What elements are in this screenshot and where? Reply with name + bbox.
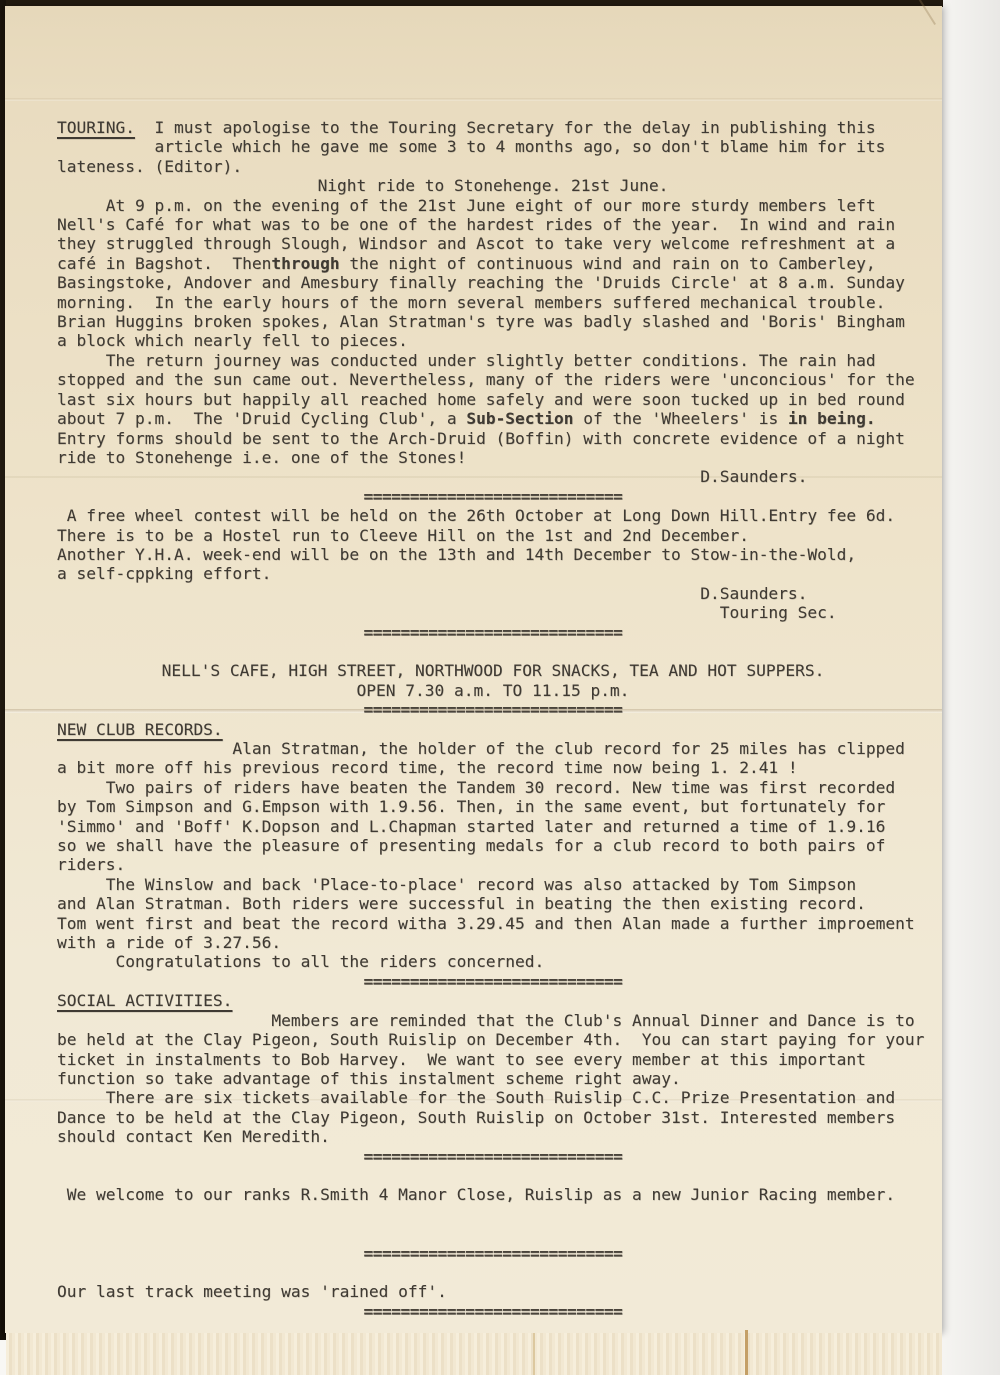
section-heading-touring: TOURING. I must apologise to the Touring… bbox=[57, 118, 929, 137]
separator-line: ============================ bbox=[57, 1147, 929, 1166]
scanned-newsletter-page: TOURING. I must apologise to the Touring… bbox=[0, 0, 1000, 1375]
text-line: last six hours but happily all reached h… bbox=[57, 390, 929, 409]
text-line: Another Y.H.A. week-end will be on the 1… bbox=[57, 545, 929, 564]
text-line: Members are reminded that the Club's Ann… bbox=[57, 1011, 929, 1030]
separator-line: ============================ bbox=[57, 487, 929, 506]
blank-line bbox=[57, 1224, 929, 1243]
text-line: they struggled through Slough, Windsor a… bbox=[57, 234, 929, 253]
text-line: lateness. (Editor). bbox=[57, 157, 929, 176]
text-line: by Tom Simpson and G.Empson with 1.9.56.… bbox=[57, 797, 929, 816]
text-line: article which he gave me some 3 to 4 mon… bbox=[57, 137, 929, 156]
section-heading-new-club-records: NEW CLUB RECORDS. bbox=[57, 720, 929, 739]
text-line: a bit more off his previous record time,… bbox=[57, 758, 929, 777]
text-line: The Winslow and back 'Place-to-place' re… bbox=[57, 875, 929, 894]
signature-role: Touring Sec. bbox=[57, 603, 929, 622]
paper-bottom-edge bbox=[6, 1333, 942, 1375]
signature: D.Saunders. bbox=[57, 467, 929, 486]
text-line: Nell's Café for what was to be one of th… bbox=[57, 215, 929, 234]
advert-nells-cafe: NELL'S CAFE, HIGH STREET, NORTHWOOD FOR … bbox=[57, 661, 929, 680]
section-heading-social-activities: SOCIAL ACTIVITIES. bbox=[57, 991, 929, 1010]
blank-line bbox=[57, 1205, 929, 1224]
text-line: should contact Ken Meredith. bbox=[57, 1127, 929, 1146]
text-line: There are six tickets available for the … bbox=[57, 1088, 929, 1107]
text-line: café in Bagshot. Thenthrough the night o… bbox=[57, 254, 929, 273]
text-line: ride to Stonehenge i.e. one of the Stone… bbox=[57, 448, 929, 467]
signature: D.Saunders. bbox=[57, 584, 929, 603]
separator-line: ============================ bbox=[57, 972, 929, 991]
separator-line: ============================ bbox=[57, 1302, 929, 1321]
blank-line bbox=[57, 1166, 929, 1185]
text-line: Tom went first and beat the record witha… bbox=[57, 914, 929, 933]
text-line: be held at the Clay Pigeon, South Ruisli… bbox=[57, 1030, 929, 1049]
separator-line: ============================ bbox=[57, 1244, 929, 1263]
text-line: Two pairs of riders have beaten the Tand… bbox=[57, 778, 929, 797]
text-line: Dance to be held at the Clay Pigeon, Sou… bbox=[57, 1108, 929, 1127]
subheading-night-ride: Night ride to Stonehenge. 21st June. bbox=[57, 176, 929, 195]
text-line: a block which nearly fell to pieces. bbox=[57, 331, 929, 350]
text-line: ticket in instalments to Bob Harvey. We … bbox=[57, 1050, 929, 1069]
text-line: about 7 p.m. The 'Druid Cycling Club', a… bbox=[57, 409, 929, 428]
text-line: 'Simmo' and 'Boff' K.Dopson and L.Chapma… bbox=[57, 817, 929, 836]
text-line: There is to be a Hostel run to Cleeve Hi… bbox=[57, 526, 929, 545]
paper-sheet: TOURING. I must apologise to the Touring… bbox=[5, 6, 942, 1333]
paper-fiber-line bbox=[745, 1330, 748, 1375]
advert-hours: OPEN 7.30 a.m. TO 11.15 p.m. bbox=[57, 681, 929, 700]
document-lines: TOURING. I must apologise to the Touring… bbox=[57, 118, 929, 1321]
separator-line: ============================ bbox=[57, 700, 929, 719]
text-line: so we shall have the pleasure of present… bbox=[57, 836, 929, 855]
text-line: with a ride of 3.27.56. bbox=[57, 933, 929, 952]
text-line: a self-cppking effort. bbox=[57, 564, 929, 583]
paper-fiber-line bbox=[533, 1333, 535, 1375]
text-line: Brian Huggins broken spokes, Alan Stratm… bbox=[57, 312, 929, 331]
paper-crease bbox=[5, 98, 942, 101]
blank-line bbox=[57, 1263, 929, 1282]
track-meeting-note: Our last track meeting was 'rained off'. bbox=[57, 1282, 929, 1301]
blank-line bbox=[57, 642, 929, 661]
text-line: and Alan Stratman. Both riders were succ… bbox=[57, 894, 929, 913]
separator-line: ============================ bbox=[57, 623, 929, 642]
text-line: Congratulations to all the riders concer… bbox=[57, 952, 929, 971]
text-line: riders. bbox=[57, 855, 929, 874]
text-line: Entry forms should be sent to the Arch-D… bbox=[57, 429, 929, 448]
welcome-new-member: We welcome to our ranks R.Smith 4 Manor … bbox=[57, 1185, 929, 1204]
text-line: Basingstoke, Andover and Amesbury finall… bbox=[57, 273, 929, 292]
text-line: morning. In the early hours of the morn … bbox=[57, 293, 929, 312]
text-line: Alan Stratman, the holder of the club re… bbox=[57, 739, 929, 758]
text-line: function so take advantage of this insta… bbox=[57, 1069, 929, 1088]
text-line: A free wheel contest will be held on the… bbox=[57, 506, 929, 525]
text-line: stopped and the sun came out. Neverthele… bbox=[57, 370, 929, 389]
text-line: At 9 p.m. on the evening of the 21st Jun… bbox=[57, 196, 929, 215]
text-line: The return journey was conducted under s… bbox=[57, 351, 929, 370]
